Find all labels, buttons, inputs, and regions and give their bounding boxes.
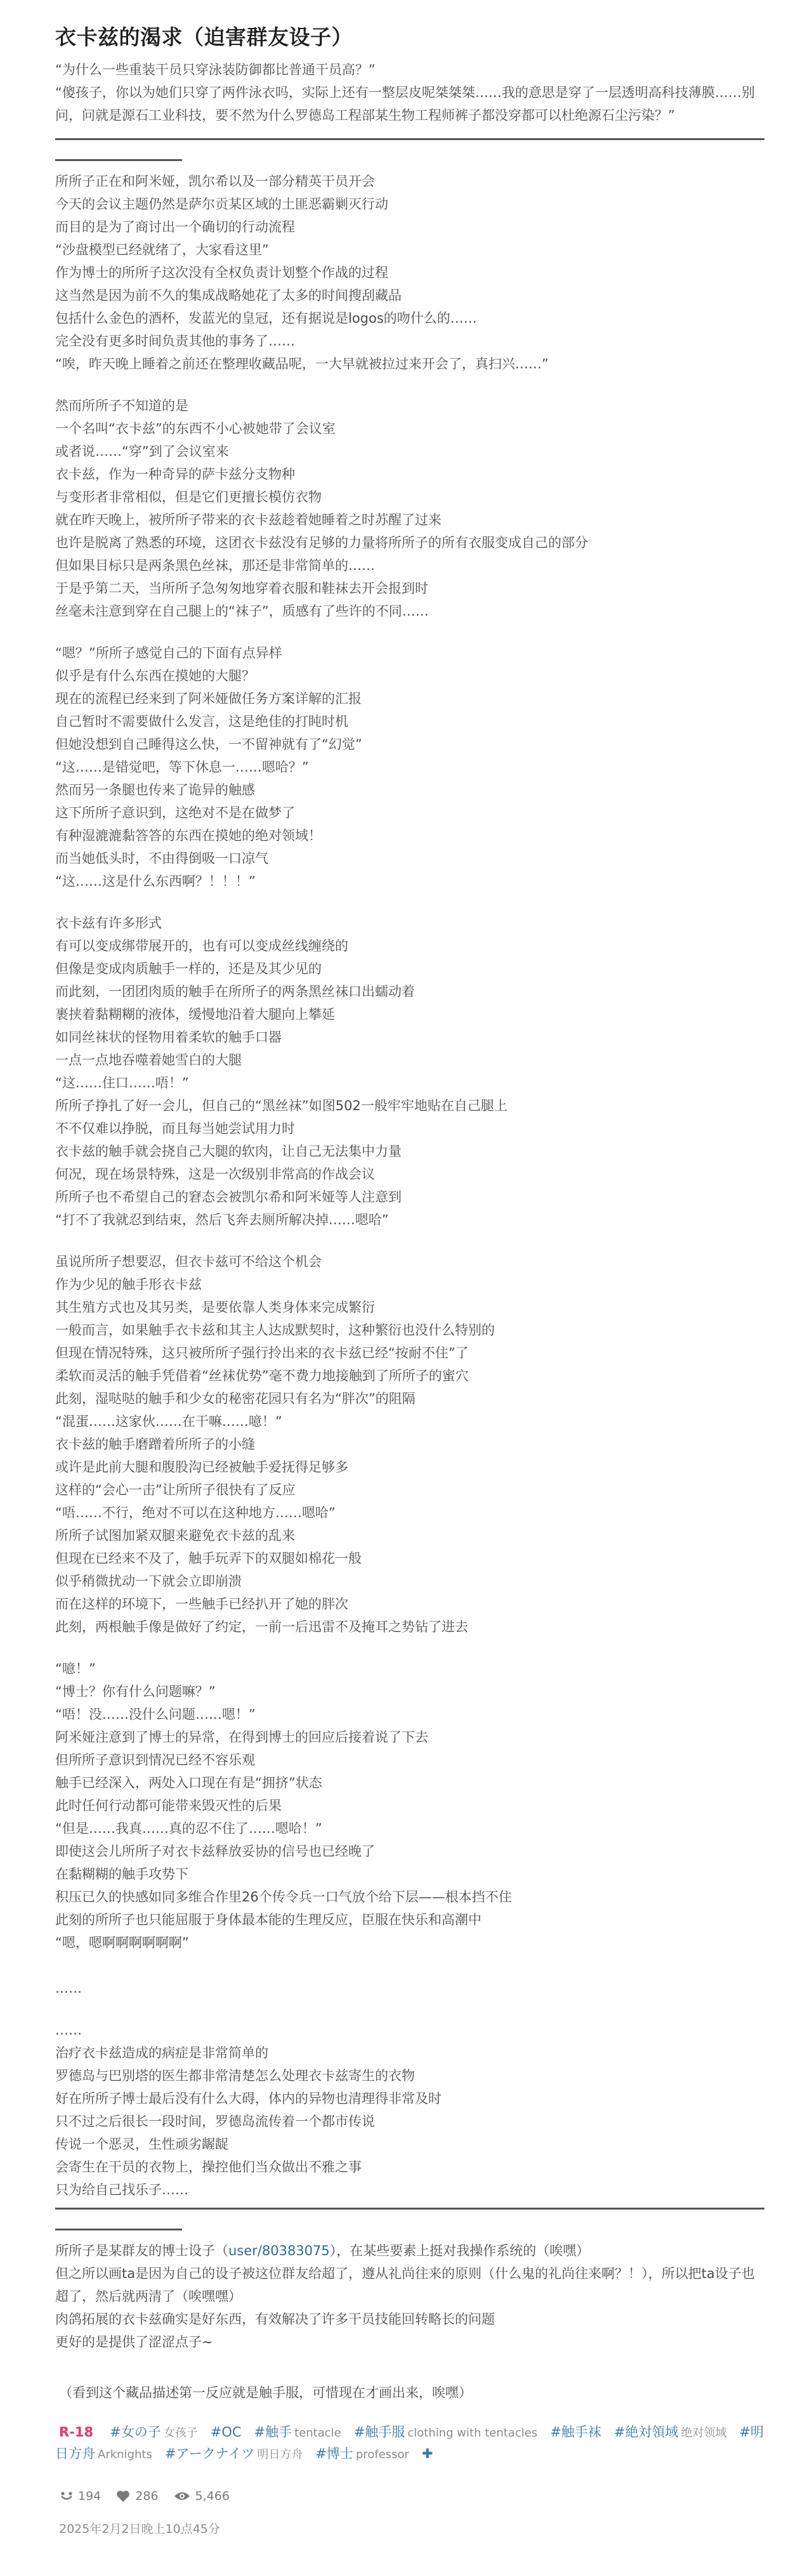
story-line: 也许是脱离了熟悉的环境，这团衣卡兹没有足够的力量将所所子的所有衣服变成自己的部分 <box>55 531 764 554</box>
tag-item[interactable]: #触手服clothing with tentacles <box>354 2424 537 2440</box>
tag-label[interactable]: #アークナイツ <box>165 2446 255 2461</box>
story-line <box>55 1954 764 1977</box>
story-line: 衣卡兹，作为一种奇异的萨卡兹分支物种 <box>55 463 764 486</box>
caption-body: “为什么一些重装干员只穿泳装防御都比普通干员高？” “傻孩子，你以为她们只穿了两… <box>55 58 764 2404</box>
tag-item[interactable]: #触手tentacle <box>254 2424 341 2440</box>
story-paragraph: “噫！”“博士？你有什么问题嘛？”“唔！没……没什么问题……嗯！”阿米娅注意到了… <box>55 1657 764 2000</box>
story-line: “这……是错觉吧，等下休息一……嗯哈？” <box>55 756 764 779</box>
tag-item[interactable]: #触手袜 <box>550 2424 601 2440</box>
story-paragraph: 然而所所子不知道的是一个名叫“衣卡兹”的东西不小心被她带了会议室或者说……“穿”… <box>55 394 764 623</box>
story-line: 此刻，湿哒哒的触手和少女的秘密花园只有名为“胖次”的阻隔 <box>55 1387 764 1410</box>
tag-item[interactable]: #絶対領域绝对领域 <box>614 2424 727 2440</box>
story-line: 何况，现在场景特殊，这是一次级别非常高的作战会议 <box>55 1163 764 1186</box>
spacer <box>55 1231 764 1250</box>
tag-translation: 女孩子 <box>164 2426 198 2440</box>
eye-icon <box>174 2490 190 2502</box>
story-line: 所所子试图加紧双腿来避免衣卡兹的乱来 <box>55 1524 764 1547</box>
story-line: 所所子也不希望自己的窘态会被凯尔希和阿米娅等人注意到 <box>55 1186 764 1208</box>
story-line: “沙盘模型已经就绪了，大家看这里” <box>55 238 764 261</box>
story-line: 但如果目标只是两条黑色丝袜，那还是非常简单的…… <box>55 554 764 577</box>
tag-label[interactable]: #博士 <box>315 2446 353 2461</box>
story-line: “混蛋……这家伙……在干嘛……噫！” <box>55 1410 764 1433</box>
author-note-line: 但之所以画ta是因为自己的设子被这位群友给超了，遵从礼尚往来的原则（什么鬼的礼尚… <box>55 2262 764 2308</box>
story-line: 衣卡兹的触手就会挠自己大腿的软肉，让自己无法集中力量 <box>55 1140 764 1163</box>
story-line: 与变形者非常相似，但是它们更擅长模仿衣物 <box>55 486 764 508</box>
story-line: 只为给自己找乐子…… <box>55 2178 764 2201</box>
story-line: 包括什么金色的酒杯，发蓝光的皇冠，还有据说是logos的吻什么的…… <box>55 307 764 330</box>
tag-translation: 明日方舟 <box>257 2448 303 2461</box>
like-count: 286 <box>135 2489 158 2503</box>
story-line: 而在这样的环境下，一些触手已经扒开了她的胖次 <box>55 1593 764 1615</box>
story-paragraph: 虽说所所子想要忍，但衣卡兹可不给这个机会作为少见的触手形衣卡兹其生殖方式也及其另… <box>55 1250 764 1638</box>
tag-list: R-18#女の子女孩子#OC#触手tentacle#触手服clothing wi… <box>55 2422 764 2465</box>
spacer <box>55 623 764 642</box>
story-line: 然而另一条腿也传来了诡异的触感 <box>55 779 764 801</box>
story-line: 此刻的所所子也只能屈服于身体最本能的生理反应，臣服在快乐和高潮中 <box>55 1908 764 1931</box>
tag-item[interactable]: #女の子女孩子 <box>110 2424 198 2440</box>
story-line: 此时任何行动都可能带来毁灭性的后果 <box>55 1794 764 1817</box>
story-paragraph: ……治疗衣卡兹造成的病症是非常简单的罗德岛与巴别塔的医生都非常清楚怎么处理衣卡兹… <box>55 2019 764 2201</box>
story-line: 此刻，两根触手像是做好了约定，一前一后迅雷不及掩耳之势钻了进去 <box>55 1615 764 1638</box>
story-line: “博士？你有什么问题嘛？” <box>55 1680 764 1703</box>
story-line: 虽说所所子想要忍，但衣卡兹可不给这个机会 <box>55 1250 764 1273</box>
story-line: 一点一点地吞噬着她雪白的大腿 <box>55 1049 764 1071</box>
story-line: 而目的是为了商讨出一个确切的行动流程 <box>55 216 764 238</box>
tag-label[interactable]: #女の子 <box>110 2424 161 2440</box>
story-line: 而当她低头时，不由得倒吸一口凉气 <box>55 847 764 870</box>
view-stat: 5,466 <box>174 2489 230 2503</box>
story-line: 作为博士的所所子这次没有全权负责计划整个作战的过程 <box>55 261 764 284</box>
story-paragraph: 衣卡兹有许多形式有可以变成绑带展开的，也有可以变成丝线缠绕的但像是变成肉质触手一… <box>55 912 764 1231</box>
story-line: 传说一个恶灵，生性顽劣龌龊 <box>55 2133 764 2156</box>
tag-label[interactable]: #OC <box>211 2424 242 2440</box>
story-paragraph: 所所子正在和阿米娅，凯尔希以及一部分精英干员开会今天的会议主题仍然是萨尔贡某区域… <box>55 170 764 375</box>
story-line: 有种湿漉漉黏答答的东西在摸她的绝对领域！ <box>55 824 764 847</box>
like-stat: 286 <box>116 2489 158 2503</box>
story-line: 然而所所子不知道的是 <box>55 394 764 417</box>
tag-item[interactable]: #OC <box>211 2424 242 2440</box>
story-line: “唔……不行，绝对不可以在这种地方……嗯哈” <box>55 1501 764 1524</box>
plus-icon[interactable]: ✚ <box>422 2446 433 2461</box>
story-line: 或者说……“穿”到了会议室来 <box>55 440 764 463</box>
story-line: “打不了我就忍到结束，然后飞奔去厕所解决掉……嗯哈” <box>55 1208 764 1231</box>
user-link[interactable]: user/80383075 <box>228 2243 330 2258</box>
intro-line: “为什么一些重装干员只穿泳装防御都比普通干员高？” <box>55 58 764 81</box>
heart-icon <box>116 2490 130 2502</box>
story-line: “嗯？”所所子感觉自己的下面有点异样 <box>55 642 764 664</box>
story-line: “嗯，嗯啊啊啊啊啊啊” <box>55 1931 764 1954</box>
intro-block: “为什么一些重装干员只穿泳装防御都比普通干员高？” “傻孩子，你以为她们只穿了两… <box>55 58 764 127</box>
story-line: 治疗衣卡兹造成的病症是非常简单的 <box>55 2042 764 2064</box>
author-note-line: 所所子是某群友的博士设子（user/80383075），在某些要素上挺对我操作系… <box>55 2239 764 2262</box>
story-line: 现在的流程已经来到了阿米娅做任务方案详解的汇报 <box>55 687 764 710</box>
story-line: 但像是变成肉质触手一样的，还是及其少见的 <box>55 957 764 980</box>
story-line: “这……住口……唔！” <box>55 1071 764 1094</box>
story-line: 有可以变成绑带展开的，也有可以变成丝线缠绕的 <box>55 935 764 957</box>
tag-label[interactable]: #触手服 <box>354 2424 405 2440</box>
author-note: 所所子是某群友的博士设子（user/80383075），在某些要素上挺对我操作系… <box>55 2239 764 2404</box>
story-line: 似乎是有什么东西在摸她的大腿？ <box>55 664 764 687</box>
story-line: 只不过之后很长一段时间，罗德岛流传着一个都市传说 <box>55 2110 764 2133</box>
divider-line <box>55 138 764 140</box>
author-note-line: 更好的是提供了涩涩点子~ <box>55 2331 764 2353</box>
tag-translation: 绝对领域 <box>681 2426 726 2440</box>
story-line: 积压已久的快感如同多维合作里26个传令兵一口气放个给下层——根本挡不住 <box>55 1886 764 1908</box>
story-line: 但现在情况特殊，这只被所所子强行拎出来的衣卡兹已经“按耐不住”了 <box>55 1342 764 1364</box>
story-line: 罗德岛与巴别塔的医生都非常清楚怎么处理衣卡兹寄生的衣物 <box>55 2064 764 2087</box>
intro-line: “傻孩子，你以为她们只穿了两件泳衣吗，实际上还有一整层皮呢桀桀桀……我的意思是穿… <box>55 81 764 127</box>
story-line: 即使这会儿所所子对衣卡兹释放妥协的信号也已经晚了 <box>55 1840 764 1863</box>
story-line: “这……这是什么东西啊？！！！” <box>55 870 764 893</box>
story-line: 不不仅难以挣脱，而且每当她尝试用力时 <box>55 1117 764 1140</box>
story-line: 这当然是因为前不久的集成战略她花了太多的时间搜刮藏品 <box>55 284 764 307</box>
story-line: 一个名叫“衣卡兹”的东西不小心被她带了会议室 <box>55 417 764 440</box>
story-line: 衣卡兹的触手磨蹭着所所子的小缝 <box>55 1433 764 1456</box>
tag-label[interactable]: #触手 <box>254 2424 292 2440</box>
tag-label[interactable]: #触手袜 <box>550 2424 601 2440</box>
story-line: 会寄生在干员的衣物上，操控他们当众做出不雅之事 <box>55 2156 764 2178</box>
story-line: 于是乎第二天，当所所子急匆匆地穿着衣服和鞋袜去开会报到时 <box>55 577 764 600</box>
story-line: 这样的“会心一击”让所所子很快有了反应 <box>55 1479 764 1501</box>
story-line: 但现在已经来不及了，触手玩弄下的双腿如棉花一般 <box>55 1547 764 1570</box>
spacer <box>55 1638 764 1657</box>
author-aside: （看到这个藏品描述第一反应就是触手服，可惜现在才画出来，唉嘿） <box>55 2381 764 2404</box>
story-line: 裹挟着黏糊糊的液体，缓慢地沿着大腿向上攀延 <box>55 1003 764 1026</box>
tag-translation: clothing with tentacles <box>407 2426 537 2440</box>
author-note-text: 所所子是某群友的博士设子（ <box>55 2243 228 2258</box>
divider-line <box>55 2208 764 2210</box>
story-line: 衣卡兹有许多形式 <box>55 912 764 935</box>
story-line: 好在所所子博士最后没有什么大碍，体内的异物也清理得非常及时 <box>55 2087 764 2110</box>
story-block: 所所子正在和阿米娅，凯尔希以及一部分精英干员开会今天的会议主题仍然是萨尔贡某区域… <box>55 170 764 2201</box>
story-line: 自己暂时不需要做什么发言，这是绝佳的打盹时机 <box>55 710 764 733</box>
story-line: 所所子挣扎了好一会儿，但自己的“黑丝袜”如图502一般牢牢地贴在自己腿上 <box>55 1094 764 1117</box>
divider-line-short <box>55 159 182 161</box>
story-line: 而此刻，一团团肉质的触手在所所子的两条黑丝袜口出蠕动着 <box>55 980 764 1003</box>
tag-translation: tentacle <box>294 2426 341 2440</box>
tag-translation: professor <box>356 2448 409 2461</box>
story-line: 似乎稍微扰动一下就会立即崩溃 <box>55 1570 764 1593</box>
stats-bar: 194 286 5,466 <box>55 2489 764 2503</box>
posted-date: 2025年2月2日晚上10点45分 <box>55 2520 764 2537</box>
story-line: 其生殖方式也及其另类，是要依靠人类身体来完成繁衍 <box>55 1296 764 1319</box>
story-line: 今天的会议主题仍然是萨尔贡某区域的土匪恶霸剿灭行动 <box>55 193 764 216</box>
story-line: 阿米娅注意到了博士的异常，在得到博士的回应后接着说了下去 <box>55 1726 764 1749</box>
tag-item[interactable]: #アークナイツ明日方舟 <box>165 2446 303 2461</box>
story-line: 但所所子意识到情况已经不容乐观 <box>55 1749 764 1771</box>
story-line: 触手已经深入，两处入口现在有是“拥挤”状态 <box>55 1771 764 1794</box>
story-line: …… <box>55 1977 764 2000</box>
story-line: 如同丝袜状的怪物用着柔软的触手口器 <box>55 1026 764 1049</box>
story-line: “唉，昨天晚上睡着之前还在整理收藏品呢，一大早就被拉过来开会了，真扫兴……” <box>55 353 764 375</box>
story-line: 完全没有更多时间负责其他的事务了…… <box>55 330 764 353</box>
story-line: 在黏糊糊的触手攻势下 <box>55 1863 764 1886</box>
story-line: 所所子正在和阿米娅，凯尔希以及一部分精英干员开会 <box>55 170 764 193</box>
story-line: 就在昨天晚上，被所所子带来的衣卡兹趁着她睡着之时苏醒了过来 <box>55 508 764 531</box>
spacer <box>55 2000 764 2019</box>
rating-badge[interactable]: R-18 <box>59 2424 93 2440</box>
story-line: 这下所所子意识到，这绝对不是在做梦了 <box>55 801 764 824</box>
story-line: “唔！没……没什么问题……嗯！” <box>55 1703 764 1726</box>
story-line: “噫！” <box>55 1657 764 1680</box>
story-line: 或许是此前大腿和腹股沟已经被触手爱抚得足够多 <box>55 1456 764 1479</box>
divider-line-short <box>55 2229 182 2230</box>
spacer <box>55 2353 764 2381</box>
story-line: 丝毫未注意到穿在自己腿上的“袜子”，质感有了些许的不同…… <box>55 600 764 623</box>
story-line: …… <box>55 2019 764 2042</box>
story-line: 但她没想到自己睡得这么快，一不留神就有了“幻觉” <box>55 733 764 756</box>
smile-count: 194 <box>78 2489 101 2503</box>
author-note-text: ），在某些要素上挺对我操作系统的（唉嘿） <box>330 2243 590 2258</box>
spacer <box>55 893 764 912</box>
story-paragraph: “嗯？”所所子感觉自己的下面有点异样似乎是有什么东西在摸她的大腿？现在的流程已经… <box>55 642 764 893</box>
author-note-line: 肉鸽拓展的衣卡兹确实是好东西，有效解决了许多干员技能回转略长的问题 <box>55 2308 764 2331</box>
work-title: 衣卡兹的渴求（迫害群友设子） <box>55 23 764 52</box>
smile-icon <box>60 2491 73 2501</box>
story-line: “但是……我真……真的忍不住了……嗯哈！” <box>55 1817 764 1840</box>
work-caption-page: 衣卡兹的渴求（迫害群友设子） “为什么一些重装干员只穿泳装防御都比普通干员高？”… <box>0 0 812 2537</box>
tag-label[interactable]: #絶対領域 <box>614 2424 679 2440</box>
view-count: 5,466 <box>195 2489 230 2503</box>
tag-translation: Arknights <box>98 2448 152 2461</box>
tag-item[interactable]: #博士professor <box>315 2446 409 2461</box>
story-line: 作为少见的触手形衣卡兹 <box>55 1273 764 1296</box>
story-line: 一般而言，如果触手衣卡兹和其主人达成默契时，这种繁衍也没什么特别的 <box>55 1319 764 1342</box>
smile-stat: 194 <box>60 2489 101 2503</box>
story-line: 柔软而灵活的触手凭借着“丝袜优势”毫不费力地接触到了所所子的蜜穴 <box>55 1364 764 1387</box>
spacer <box>55 375 764 394</box>
